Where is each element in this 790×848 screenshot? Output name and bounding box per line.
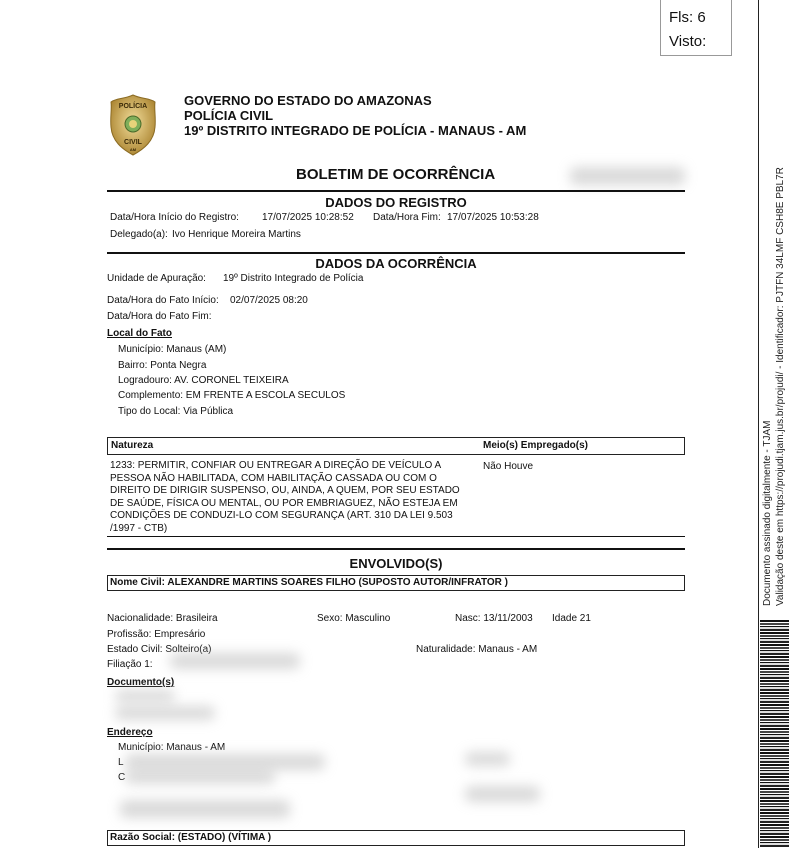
col-natureza: Natureza xyxy=(111,438,153,454)
idade: Idade 21 xyxy=(552,613,591,625)
redacted-address xyxy=(120,800,290,818)
endereco-municipio: Município: Manaus - AM xyxy=(118,742,225,754)
delegado-label: Delegado(a): xyxy=(110,229,168,241)
natureza-line: PESSOA NÃO HABILITADA, COM HABILITAÇÃO C… xyxy=(110,473,480,486)
signature-panel: Documento assinado digitalmente - TJAM V… xyxy=(761,0,790,600)
local-municipio: Município: Manaus (AM) xyxy=(118,344,226,356)
meio-value: Não Houve xyxy=(483,461,533,473)
fato-fim-label: Data/Hora do Fato Fim: xyxy=(107,311,211,323)
sexo: Sexo: Masculino xyxy=(317,613,390,625)
fls-label: Fls: 6 xyxy=(669,6,731,30)
local-bairro: Bairro: Ponta Negra xyxy=(118,360,206,372)
natureza-description: 1233: PERMITIR, CONFIAR OU ENTREGAR A DI… xyxy=(110,460,480,535)
redacted-address xyxy=(125,754,325,770)
validation-line: Validação deste em https://projudi.tjam.… xyxy=(774,6,787,606)
endereco-heading: Endereço xyxy=(107,727,153,739)
fato-inicio-value: 02/07/2025 08:20 xyxy=(230,295,308,307)
registro-heading: DADOS DO REGISTRO xyxy=(107,195,685,210)
natureza-line: 1233: PERMITIR, CONFIAR OU ENTREGAR A DI… xyxy=(110,460,480,473)
institution-header: GOVERNO DO ESTADO DO AMAZONAS POLÍCIA CI… xyxy=(184,93,526,138)
local-heading: Local do Fato xyxy=(107,328,172,340)
svg-text:POLÍCIA: POLÍCIA xyxy=(119,101,147,110)
natureza-table-header: Natureza Meio(s) Empregado(s) xyxy=(107,437,685,455)
nacionalidade: Nacionalidade: Brasileira xyxy=(107,613,218,625)
delegado-value: Ivo Henrique Moreira Martins xyxy=(172,229,301,241)
local-tipo: Tipo do Local: Via Pública xyxy=(118,406,233,418)
divider xyxy=(107,536,685,537)
divider xyxy=(107,190,685,192)
barcode xyxy=(760,620,789,848)
redacted-address xyxy=(465,752,510,766)
folha-stamp: Fls: 6 Visto: xyxy=(660,0,732,56)
profissao: Profissão: Empresário xyxy=(107,629,205,641)
svg-text:AM: AM xyxy=(130,147,137,152)
natureza-line: DE SAÚDE, FÍSICA OU MENTAL, OU POR EMBRI… xyxy=(110,498,480,511)
header-line-1: GOVERNO DO ESTADO DO AMAZONAS xyxy=(184,93,526,108)
local-complemento: Complemento: EM FRENTE A ESCOLA SECULOS xyxy=(118,390,345,402)
redacted-address xyxy=(125,770,275,784)
fato-inicio-label: Data/Hora do Fato Início: xyxy=(107,295,219,307)
endereco-logradouro-label: L xyxy=(118,757,124,769)
divider xyxy=(107,548,685,550)
redacted-address xyxy=(465,786,540,802)
natureza-line: CONDIÇÕES DE CONDUZI-LO COM SEGURANÇA (A… xyxy=(110,510,480,523)
header-line-3: 19º DISTRITO INTEGRADO DE POLÍCIA - MANA… xyxy=(184,123,526,138)
redacted-number xyxy=(570,167,685,185)
registro-inicio-value: 17/07/2025 10:28:52 xyxy=(262,212,354,224)
nascimento: Nasc: 13/11/2003 xyxy=(455,613,533,625)
redacted-document xyxy=(115,706,215,720)
envolvido-2-razao: Razão Social: (ESTADO) (VÍTIMA ) xyxy=(107,830,685,846)
header-line-2: POLÍCIA CIVIL xyxy=(184,108,526,123)
police-badge-icon: POLÍCIA CIVIL AM xyxy=(108,93,158,157)
natureza-line: DIREITO DE DIRIGIR SUSPENSO, OU, AINDA, … xyxy=(110,485,480,498)
col-meio: Meio(s) Empregado(s) xyxy=(483,438,588,454)
unidade-label: Unidade de Apuração: xyxy=(107,273,206,285)
registro-fim-value: 17/07/2025 10:53:28 xyxy=(447,212,539,224)
divider xyxy=(107,252,685,254)
local-logradouro: Logradouro: AV. CORONEL TEIXEIRA xyxy=(118,375,289,387)
naturalidade: Naturalidade: Manaus - AM xyxy=(416,644,537,656)
signature-line: Documento assinado digitalmente - TJAM xyxy=(761,6,774,606)
documentos-heading: Documento(s) xyxy=(107,677,174,689)
side-divider xyxy=(758,0,759,848)
natureza-line: /1997 - CTB) xyxy=(110,523,480,536)
registro-inicio-label: Data/Hora Início do Registro: xyxy=(110,212,239,224)
envolvidos-heading: ENVOLVIDO(S) xyxy=(107,556,685,571)
redacted-filiacao xyxy=(170,653,300,669)
envolvido-1-nome: Nome Civil: ALEXANDRE MARTINS SOARES FIL… xyxy=(107,575,685,591)
document-title: BOLETIM DE OCORRÊNCIA xyxy=(296,166,495,183)
svg-text:CIVIL: CIVIL xyxy=(124,139,143,146)
registro-fim-label: Data/Hora Fim: xyxy=(373,212,441,224)
filiacao: Filiação 1: xyxy=(107,659,153,671)
redacted-document xyxy=(115,690,175,702)
unidade-value: 19º Distrito Integrado de Polícia xyxy=(223,273,363,285)
visto-label: Visto: xyxy=(669,30,731,54)
ocorrencia-heading: DADOS DA OCORRÊNCIA xyxy=(107,256,685,271)
